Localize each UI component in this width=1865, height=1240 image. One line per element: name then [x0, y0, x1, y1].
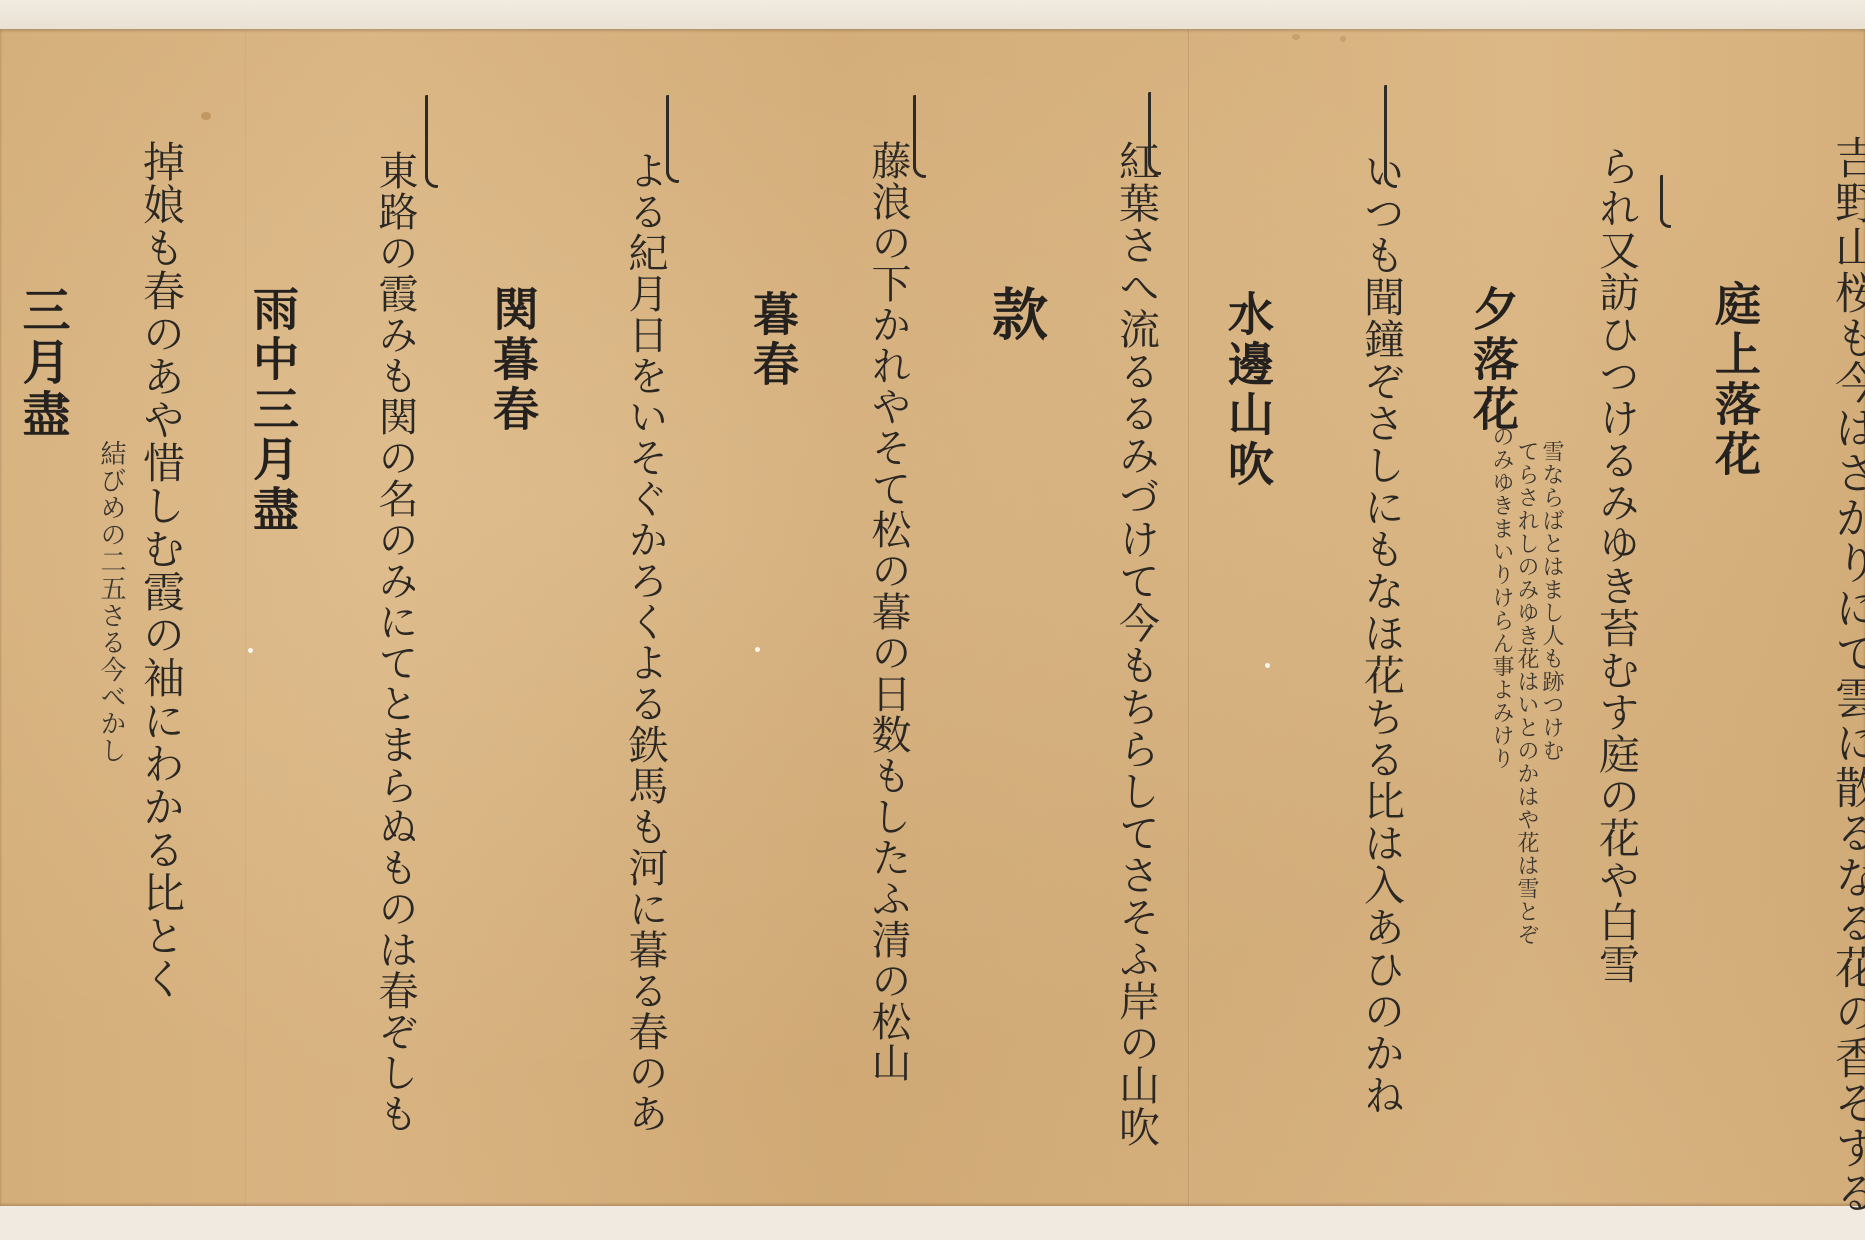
poem-column: 東路の霞みも関の名のみにてとまらぬものは春ぞしも	[375, 150, 415, 1134]
poem-column: 藤浪の下かれやそて松の暮の日数もしたふ清の松山	[868, 140, 908, 1083]
paper-join-line-faint	[245, 29, 247, 1206]
paper-join-line	[1188, 29, 1190, 1206]
poem-column: られ又訪ひつけるみゆき苔むす庭の花や白雪	[1595, 145, 1636, 985]
paper-speck	[248, 648, 253, 653]
annotation-column: 結びめの二五さる今べかし	[98, 440, 124, 764]
poem-title: 雨中三月盡	[250, 285, 296, 535]
poem-title: 水邊山吹	[1225, 290, 1271, 490]
ink-stain	[1292, 34, 1300, 40]
scroll-mount-bottom	[0, 1206, 1865, 1240]
scroll-paper	[0, 29, 1865, 1206]
poem-column: よる紀月日をいそぐかろくよる鉄馬も河に暮る春のあ	[625, 150, 665, 1134]
poem-title: 庭上落花	[1712, 280, 1758, 480]
poem-title: 暮春	[750, 290, 796, 390]
poem-column: 紅葉さへ流るるみづけて今もちらしてさそふ岸の山吹	[1115, 140, 1156, 1148]
annotation-column: てらされしのみゆき花はいとのかはや花は雪とぞ	[1515, 440, 1537, 946]
poem-title: 三月盡	[18, 285, 66, 441]
poem-column: 掉娘も春のあや惜しむ霞の袖にわかる比とく	[140, 140, 182, 1000]
poem-start-mark	[913, 95, 926, 178]
annotation-column: のみゆきまいりけらん事よみけり	[1490, 425, 1512, 770]
ink-stain	[1340, 36, 1346, 42]
annotation-column: 雪ならばとはまし人も跡つけむ	[1540, 440, 1562, 762]
poem-start-mark	[425, 95, 438, 188]
poem-title: 款	[988, 285, 1044, 345]
poem-start-mark	[1660, 175, 1671, 228]
ink-stain	[201, 112, 211, 120]
scroll-mount-top	[0, 0, 1865, 29]
poem-column: いつも聞鐘ぞさしにもなほ花ちる比は入あひのかね	[1360, 150, 1401, 1116]
paper-speck	[1265, 663, 1270, 668]
poem-title: 夕落花	[1470, 285, 1516, 435]
poem-title: 関暮春	[490, 285, 536, 435]
poem-column: 吉野山桜も今はさかりにて雲に散るなる花の香ぞする	[1830, 135, 1865, 1215]
paper-speck	[755, 647, 760, 652]
